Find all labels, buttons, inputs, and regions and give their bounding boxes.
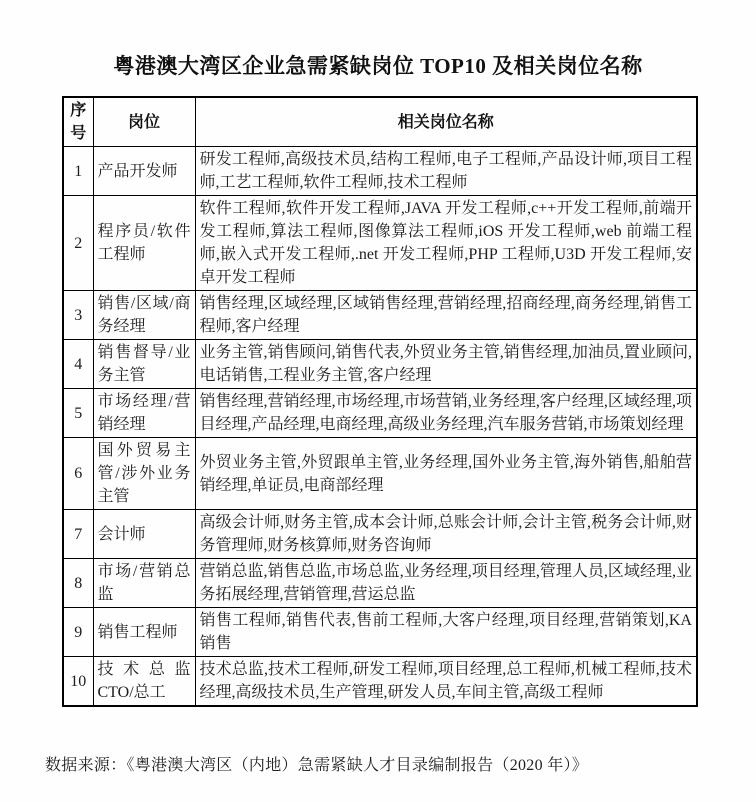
- table-row: 9 销售工程师 销售工程师,销售代表,售前工程师,大客户经理,项目经理,营销策划…: [63, 608, 697, 657]
- col-header-position: 岗位: [93, 97, 195, 147]
- table-row: 3 销售/区域/商务经理 销售经理,区域经理,区域销售经理,营销经理,招商经理,…: [63, 291, 697, 340]
- related-positions-cell: 销售工程师,销售代表,售前工程师,大客户经理,项目经理,营销策划,KA 销售: [195, 608, 697, 657]
- table-row: 4 销售督导/业务主管 业务主管,销售顾问,销售代表,外贸业务主管,销售经理,加…: [63, 340, 697, 389]
- table-row: 7 会计师 高级会计师,财务主管,成本会计师,总账会计师,会计主管,税务会计师,…: [63, 510, 697, 559]
- related-positions-cell: 软件工程师,软件开发工程师,JAVA 开发工程师,c++开发工程师,前端开发工程…: [195, 196, 697, 291]
- document-page: 粤港澳大湾区企业急需紧缺岗位 TOP10 及相关岗位名称 序号 岗位 相关岗位名…: [0, 0, 756, 802]
- table-row: 2 程序员/软件工程师 软件工程师,软件开发工程师,JAVA 开发工程师,c++…: [63, 196, 697, 291]
- position-cell: 国外贸易主管/涉外业务主管: [93, 438, 195, 510]
- rank-cell: 7: [63, 510, 93, 559]
- position-cell: 会计师: [93, 510, 195, 559]
- rank-cell: 9: [63, 608, 93, 657]
- col-header-no: 序号: [63, 97, 93, 147]
- related-positions-cell: 高级会计师,财务主管,成本会计师,总账会计师,会计主管,税务会计师,财务管理师,…: [195, 510, 697, 559]
- related-positions-cell: 营销总监,销售总监,市场总监,业务经理,项目经理,管理人员,区域经理,业务拓展经…: [195, 559, 697, 608]
- position-cell: 产品开发师: [93, 147, 195, 196]
- related-positions-cell: 销售经理,区域经理,区域销售经理,营销经理,招商经理,商务经理,销售工程师,客户…: [195, 291, 697, 340]
- position-cell: 程序员/软件工程师: [93, 196, 195, 291]
- related-positions-cell: 研发工程师,高级技术员,结构工程师,电子工程师,产品设计师,项目工程师,工艺工程…: [195, 147, 697, 196]
- related-positions-cell: 外贸业务主管,外贸跟单主管,业务经理,国外业务主管,海外销售,船舶营销经理,单证…: [195, 438, 697, 510]
- related-positions-cell: 业务主管,销售顾问,销售代表,外贸业务主管,销售经理,加油员,置业顾问,电话销售…: [195, 340, 697, 389]
- rank-cell: 6: [63, 438, 93, 510]
- table-row: 6 国外贸易主管/涉外业务主管 外贸业务主管,外贸跟单主管,业务经理,国外业务主…: [63, 438, 697, 510]
- position-cell: 销售工程师: [93, 608, 195, 657]
- rank-cell: 5: [63, 389, 93, 438]
- rank-cell: 1: [63, 147, 93, 196]
- table-row: 8 市场/营销总监 营销总监,销售总监,市场总监,业务经理,项目经理,管理人员,…: [63, 559, 697, 608]
- rank-cell: 4: [63, 340, 93, 389]
- top10-positions-table: 序号 岗位 相关岗位名称 1 产品开发师 研发工程师,高级技术员,结构工程师,电…: [62, 96, 698, 707]
- rank-cell: 8: [63, 559, 93, 608]
- position-cell: 销售督导/业务主管: [93, 340, 195, 389]
- rank-cell: 10: [63, 657, 93, 707]
- rank-cell: 2: [63, 196, 93, 291]
- position-cell: 销售/区域/商务经理: [93, 291, 195, 340]
- rank-cell: 3: [63, 291, 93, 340]
- table-row: 1 产品开发师 研发工程师,高级技术员,结构工程师,电子工程师,产品设计师,项目…: [63, 147, 697, 196]
- related-positions-cell: 销售经理,营销经理,市场经理,市场营销,业务经理,客户经理,区域经理,项目经理,…: [195, 389, 697, 438]
- table-row: 10 技术总监CTO/总工 技术总监,技术工程师,研发工程师,项目经理,总工程师…: [63, 657, 697, 707]
- related-positions-cell: 技术总监,技术工程师,研发工程师,项目经理,总工程师,机械工程师,技术经理,高级…: [195, 657, 697, 707]
- position-cell: 市场/营销总监: [93, 559, 195, 608]
- table-row: 5 市场经理/营销经理 销售经理,营销经理,市场经理,市场营销,业务经理,客户经…: [63, 389, 697, 438]
- col-header-related: 相关岗位名称: [195, 97, 697, 147]
- data-source-note: 数据来源：《粤港澳大湾区（内地）急需紧缺人才目录编制报告（2020 年）》: [45, 752, 588, 775]
- table-header-row: 序号 岗位 相关岗位名称: [63, 97, 697, 147]
- position-cell: 市场经理/营销经理: [93, 389, 195, 438]
- page-title: 粤港澳大湾区企业急需紧缺岗位 TOP10 及相关岗位名称: [0, 50, 756, 80]
- position-cell: 技术总监CTO/总工: [93, 657, 195, 707]
